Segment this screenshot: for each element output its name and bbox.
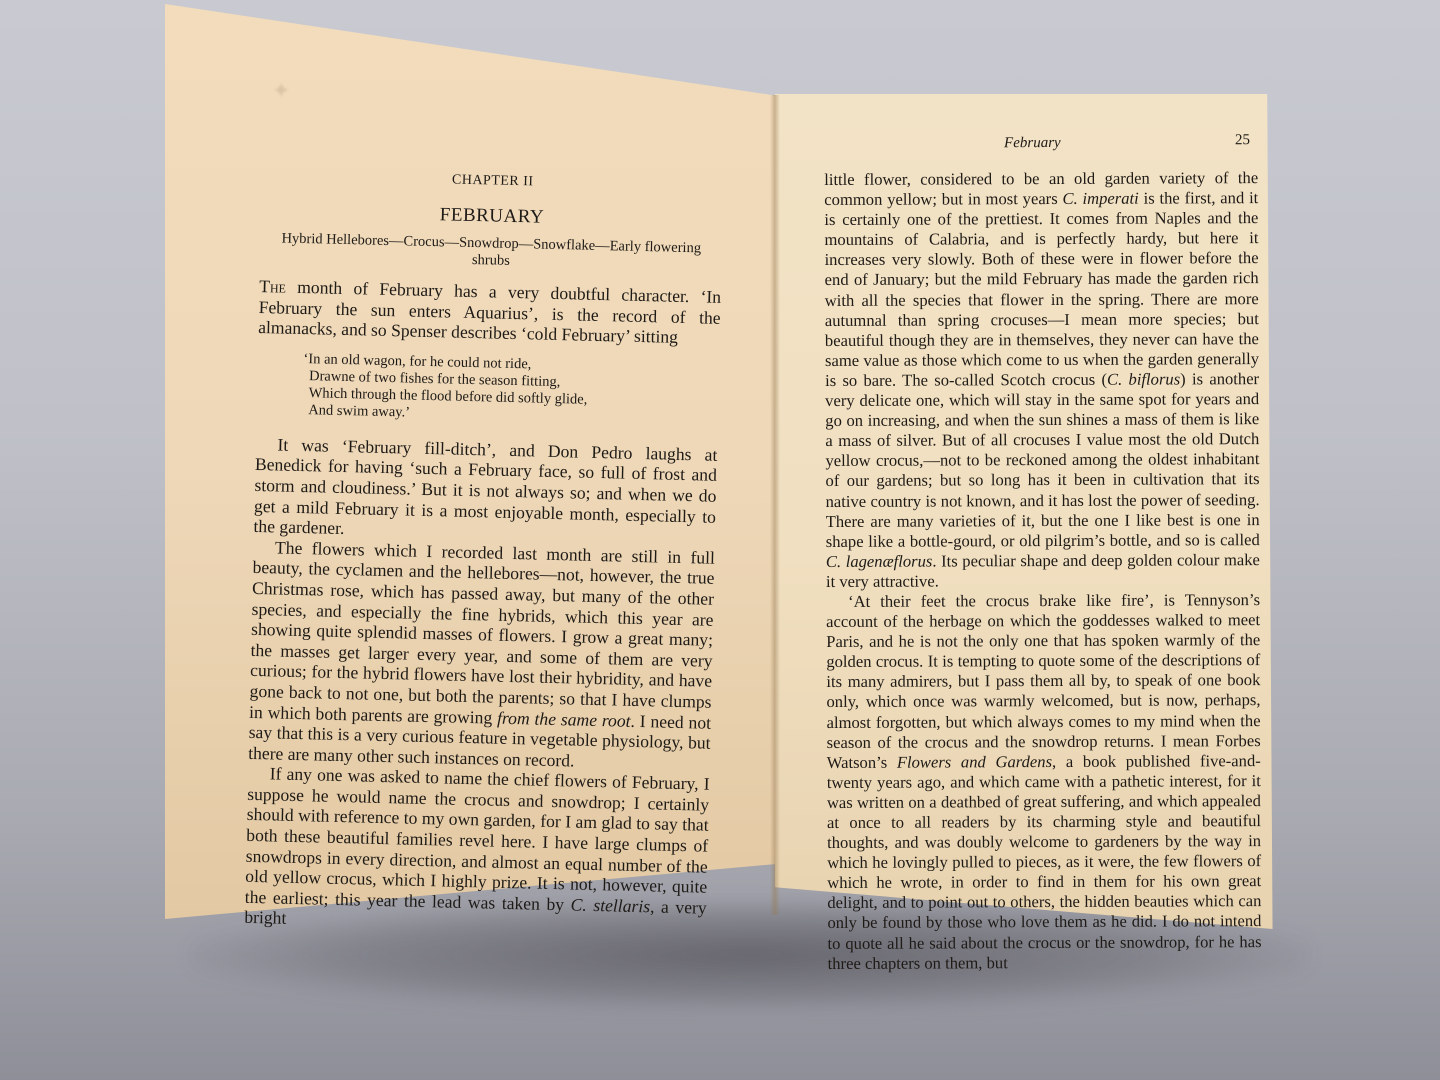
paragraph: The flowers which I recorded last month …: [248, 537, 715, 774]
opening-word: The: [259, 276, 286, 297]
running-head: February 25: [824, 132, 1258, 162]
species-name: C. imperati: [1062, 189, 1138, 208]
verse-quote: ‘In an old wagon, for he could not ride,…: [302, 351, 719, 429]
paragraph: little flower, considered to be an old g…: [824, 168, 1260, 592]
running-title: February: [1004, 135, 1061, 152]
paragraph-italic: from the same root: [497, 707, 631, 730]
paragraph: ‘At their feet the crocus brake like fir…: [826, 590, 1262, 974]
left-page-content: CHAPTER II FEBRUARY Hybrid Hellebores—Cr…: [244, 168, 724, 939]
paragraph-text: , a book published five-and-twenty years…: [827, 751, 1262, 973]
show-through-ornament-icon: ✦: [272, 78, 290, 104]
book-title: Flowers and Gardens: [897, 752, 1052, 772]
species-name: C. lagenæflorus: [826, 551, 933, 570]
chapter-synopsis: Hybrid Hellebores—Crocus—Snowdrop—Snowfl…: [260, 230, 723, 275]
chapter-title: FEBRUARY: [261, 200, 723, 233]
right-page-content: February 25 little flower, considered to…: [824, 132, 1262, 974]
page-number: 25: [1235, 132, 1250, 149]
paragraph: If any one was asked to name the chief f…: [244, 763, 710, 939]
species-name: C. biflorus: [1107, 369, 1180, 388]
paragraph-text: ‘At their feet the crocus brake like fir…: [826, 590, 1261, 772]
paragraph-text: The flowers which I recorded last month …: [249, 537, 715, 727]
paragraph-opening: The month of February has a very doubtfu…: [258, 276, 721, 349]
book-gutter: [770, 95, 780, 915]
paragraph: It was ‘February fill-ditch’, and Don Pe…: [253, 434, 717, 548]
paragraph-text: is the first, and it is certainly one of…: [824, 188, 1259, 390]
paragraph-text: ) is another very delicate one, which wi…: [825, 369, 1260, 551]
paragraph-text: month of February has a very doubtful ch…: [258, 277, 721, 347]
species-name: C. stellaris: [570, 894, 650, 916]
paragraph-text: If any one was asked to name the chief f…: [245, 764, 710, 915]
